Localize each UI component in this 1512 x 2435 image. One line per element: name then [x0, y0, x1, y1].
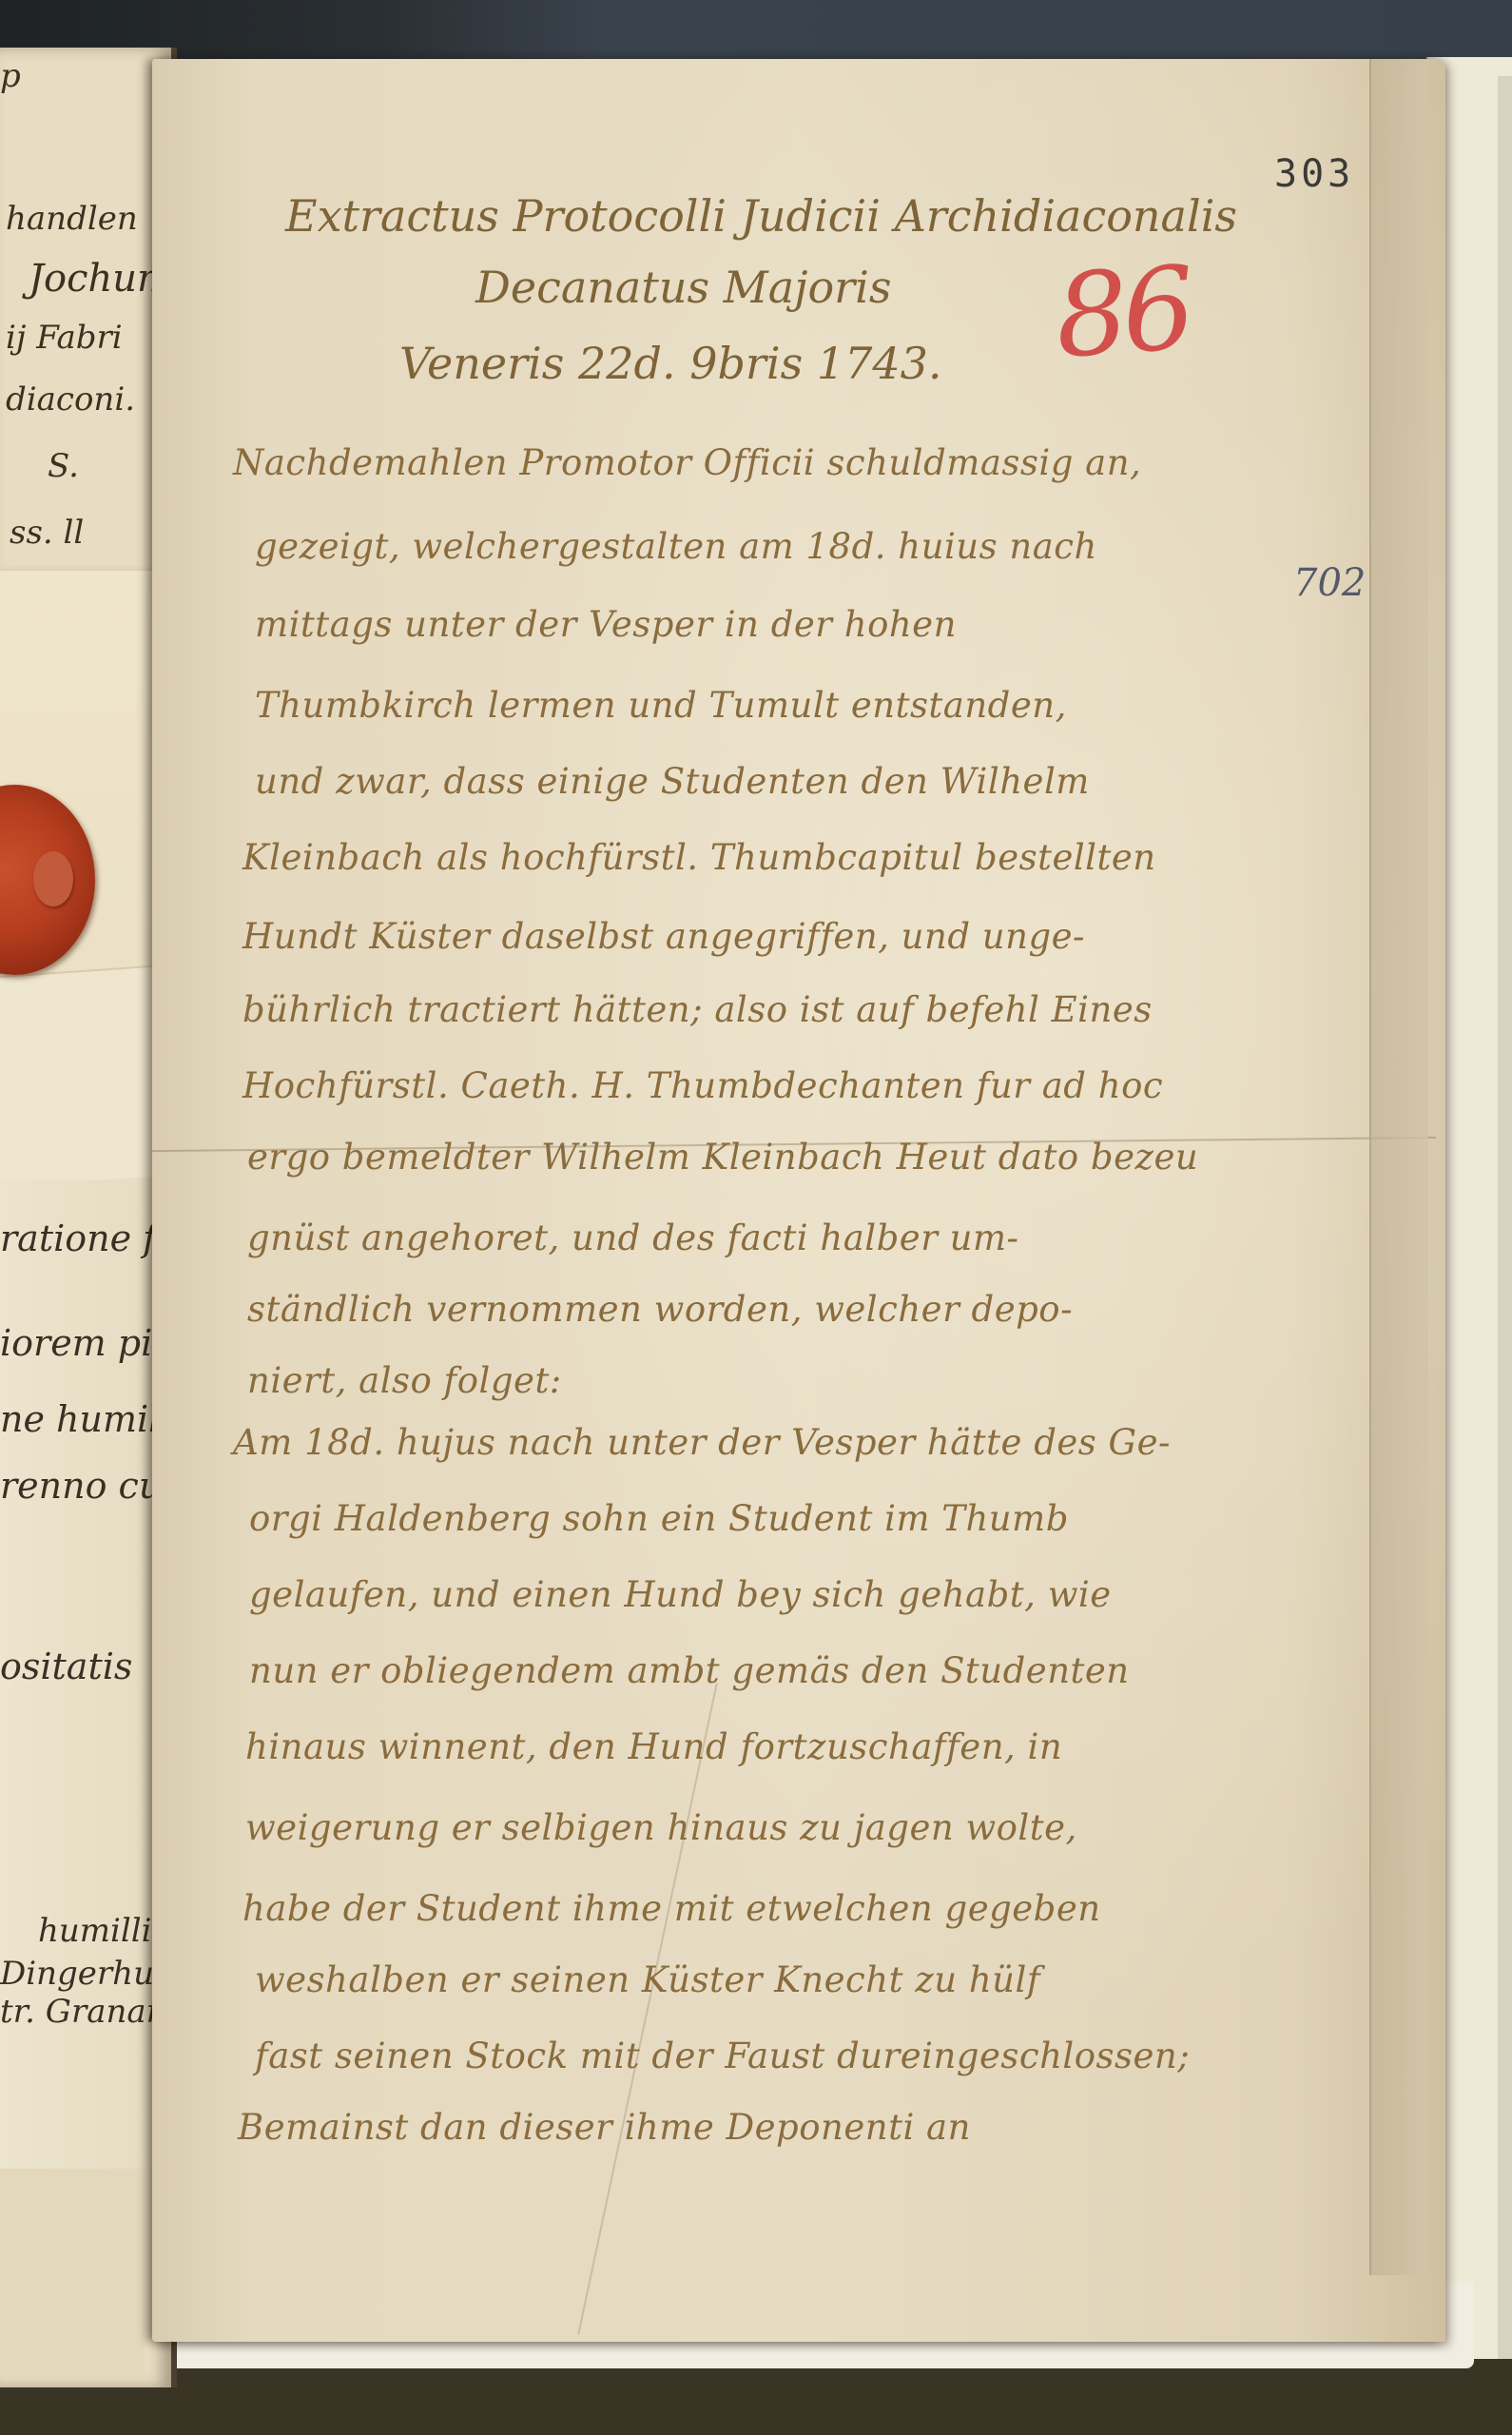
left-fragment: ij Fabri [6, 319, 123, 357]
body-line: bührlich tractiert hätten; also ist auf … [242, 989, 1153, 1030]
body-line: Am 18d. hujus nach unter der Vesper hätt… [233, 1422, 1171, 1463]
left-fragment: ratione fa [0, 1217, 178, 1259]
body-line: Nachdemahlen Promotor Officii schuldmass… [233, 442, 1141, 483]
body-line: Hochfürstl. Caeth. H. Thumbdechanten fur… [242, 1065, 1163, 1106]
left-fragment: iorem pi [0, 1322, 152, 1364]
right-page-edge [1498, 76, 1512, 2359]
title-line-2: Decanatus Majoris [475, 262, 891, 313]
left-lower-letter: ratione fa iorem pi ne humilli renno cum… [0, 1179, 163, 2169]
body-line: fast seinen Stock mit der Faust dureinge… [255, 2036, 1190, 2076]
body-line: gelaufen, und einen Hund bey sich gehabt… [249, 1574, 1112, 1615]
body-line: Kleinbach als hochfürstl. Thumbcapitul b… [242, 837, 1156, 878]
body-line: nun er obliegendem ambt gemäs den Studen… [249, 1650, 1130, 1691]
title-line-1: Extractus Protocolli Judicii Archidiacon… [285, 190, 1237, 242]
body-line: habe der Student ihme mit etwelchen gege… [242, 1888, 1101, 1929]
left-fragment: diaconi. [6, 380, 135, 419]
wrapped-letter [0, 571, 167, 1179]
body-line: ständlich vernommen worden, welcher depo… [247, 1289, 1073, 1330]
body-line: niert, also folget: [247, 1360, 562, 1401]
body-line: Thumbkirch lermen und Tumult entstanden, [255, 685, 1067, 726]
left-fragment: ss. ll [10, 514, 84, 552]
left-bottom-sheet [0, 2169, 145, 2378]
body-line: Bemainst dan dieser ihme Deponenti an [238, 2107, 971, 2148]
folio-stamp: 303 [1274, 152, 1354, 196]
red-crayon-number: 86 [1051, 243, 1193, 383]
left-fragment: p [0, 57, 21, 95]
page-edge-fold [1369, 59, 1428, 2275]
body-line: orgi Haldenberg sohn ein Student im Thum… [249, 1498, 1069, 1539]
body-line: weshalben er seinen Küster Knecht zu hül… [255, 1959, 1040, 2000]
wax-seal-knob [33, 851, 73, 906]
body-line: und zwar, dass einige Studenten den Wilh… [255, 761, 1090, 802]
left-signature: Dingerhus [0, 1955, 170, 1993]
left-fragment: handlen [6, 200, 138, 238]
title-line-3: Veneris 22d. 9bris 1743. [399, 338, 942, 389]
body-line: mittags unter der Vesper in der hohen [255, 604, 957, 645]
body-line: weigerung er selbigen hinaus zu jagen wo… [245, 1807, 1077, 1848]
left-fragment: ositatis [0, 1646, 132, 1687]
body-line: Hundt Küster daselbst angegriffen, und u… [242, 916, 1085, 957]
wrapper-fold [0, 964, 164, 1187]
body-line: hinaus winnent, den Hund fortzuschaffen,… [245, 1726, 1062, 1767]
body-line: gezeigt, welchergestalten am 18d. huius … [255, 526, 1097, 567]
body-line: gnüst angehoret, und des facti halber um… [247, 1217, 1019, 1258]
vertical-crease [577, 1683, 717, 2334]
body-line: ergo bemeldter Wilhelm Kleinbach Heut da… [247, 1137, 1198, 1178]
left-fragment: S. [48, 447, 79, 485]
pencil-margin-note: 702 [1293, 561, 1366, 605]
